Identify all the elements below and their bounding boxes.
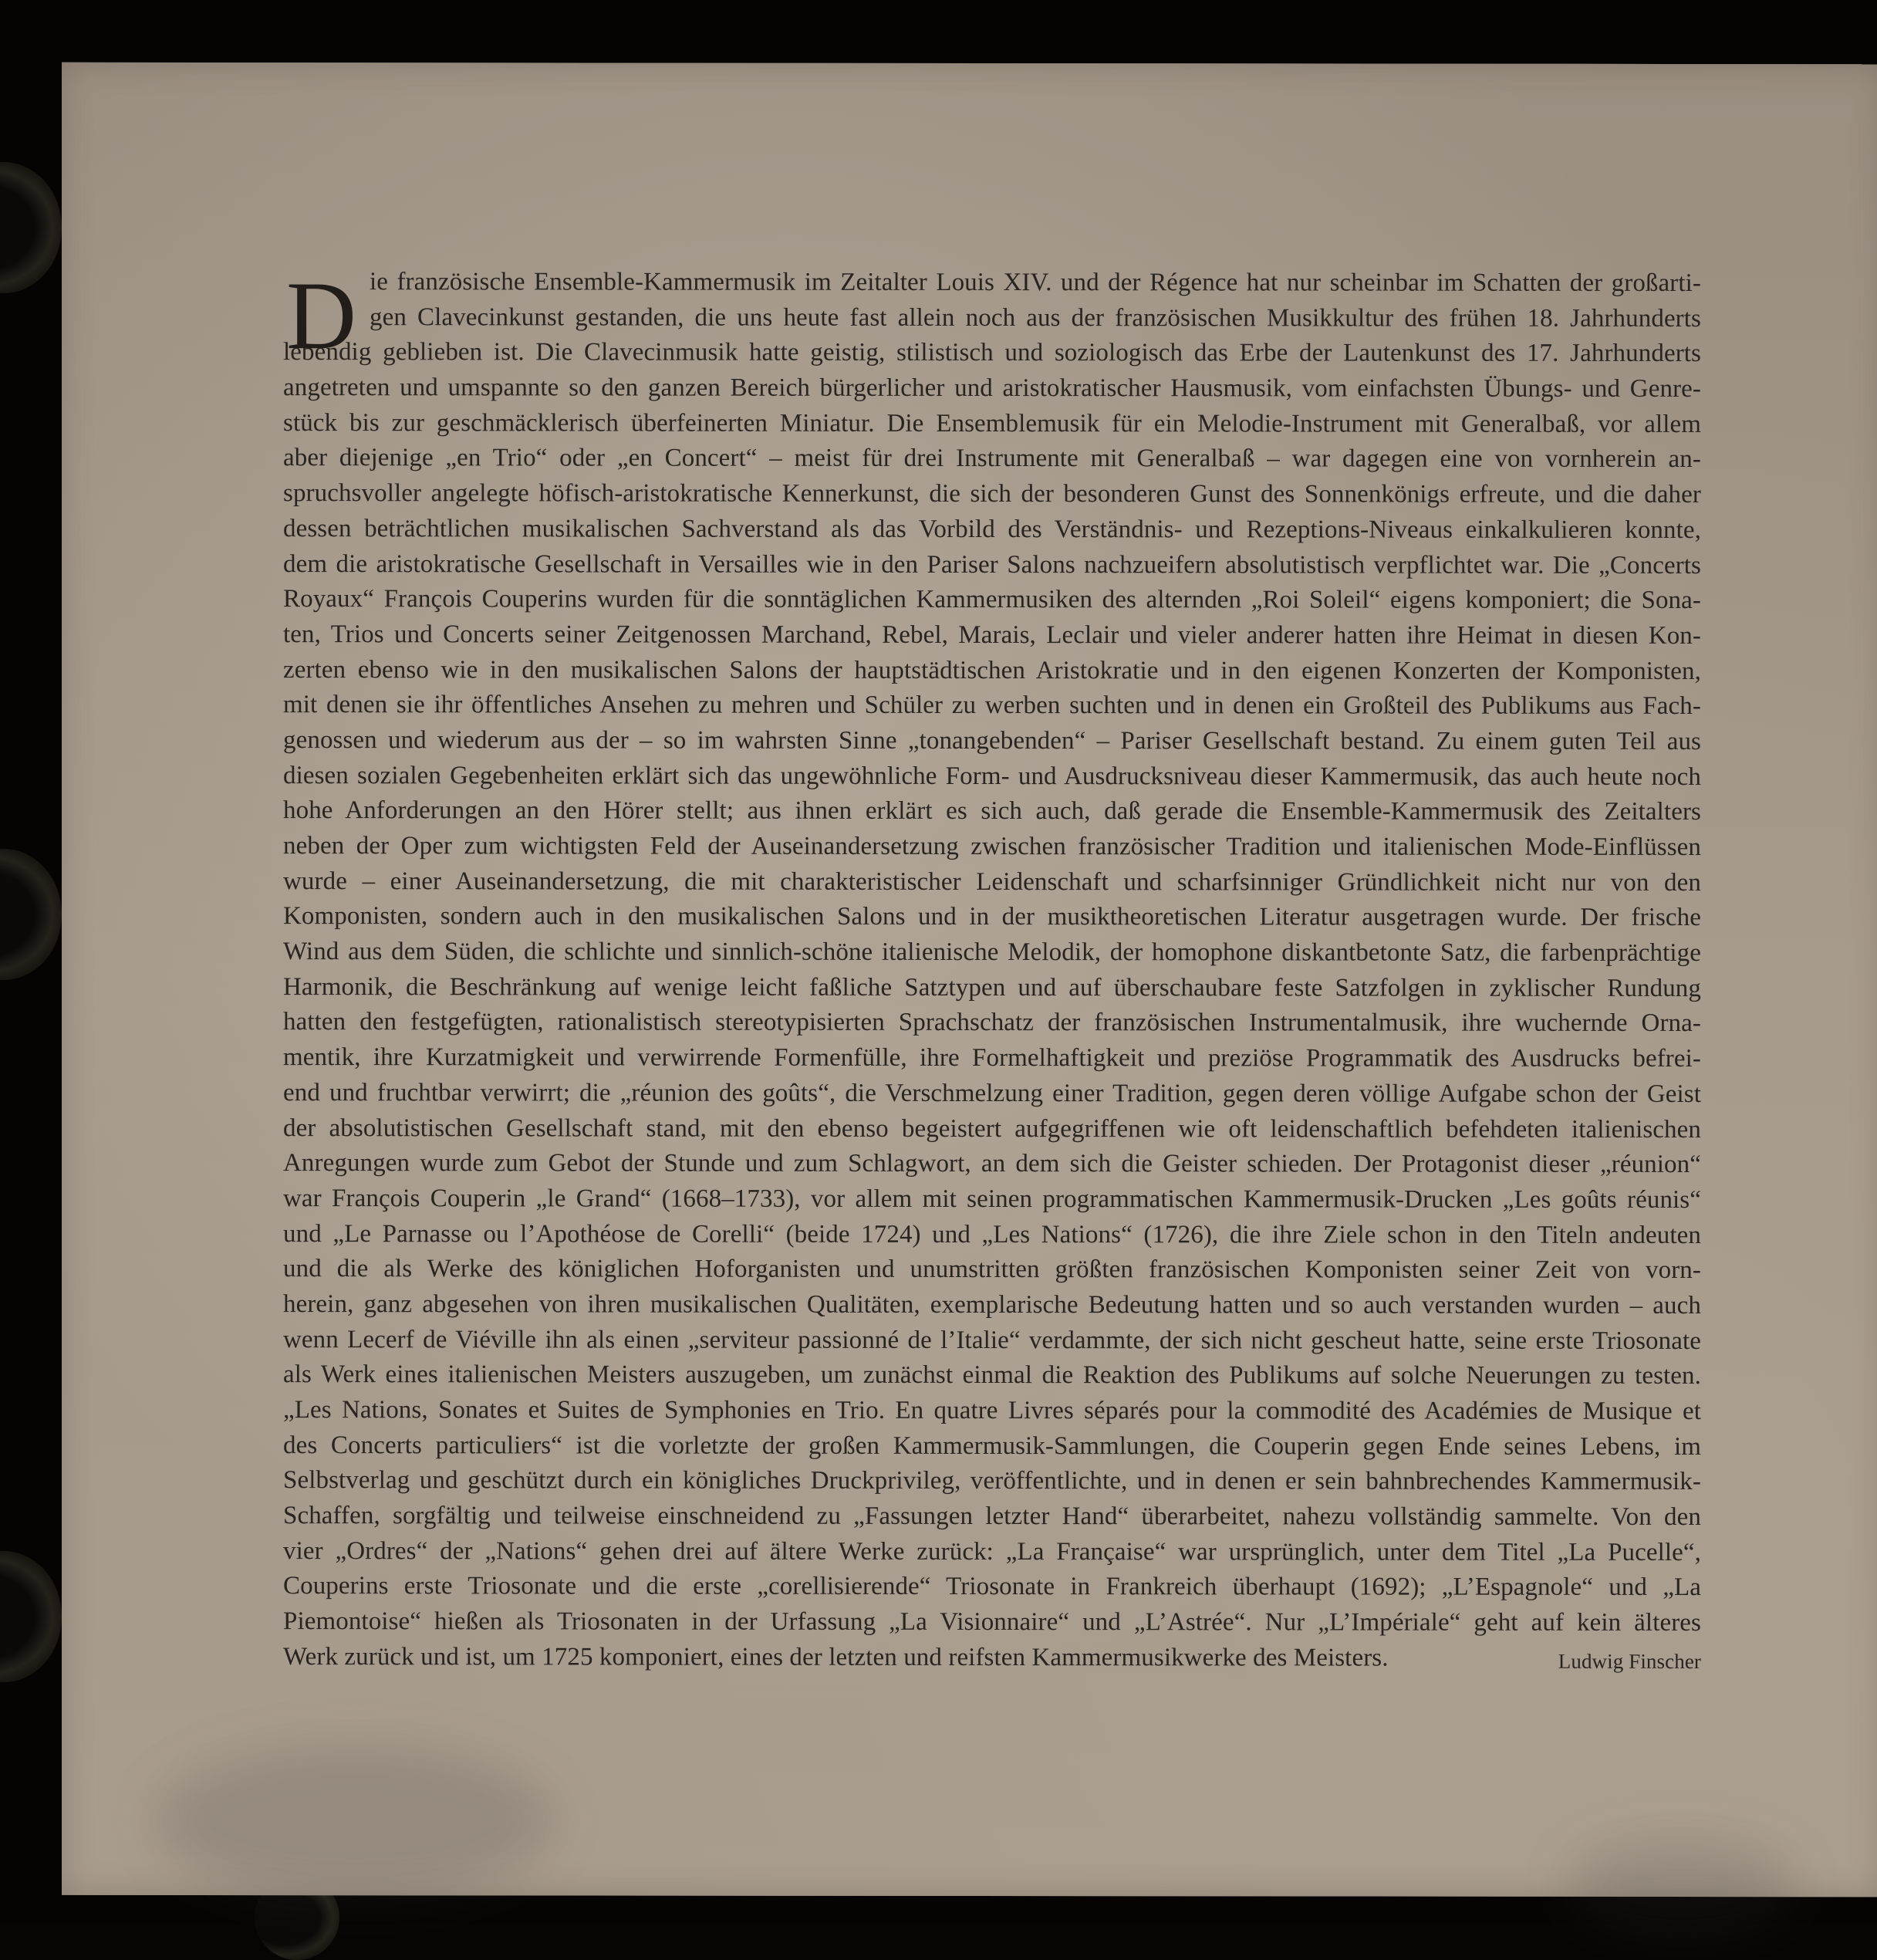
text-line: Anregungen wurde zum Gebot der Stunde un… (283, 1146, 1701, 1183)
text-line: mit denen sie ihr öffentliches Ansehen z… (283, 688, 1701, 725)
text-line: genossen und wiederum aus der – so im wa… (283, 723, 1701, 760)
text-line: des Concerts particuliers“ ist die vorle… (283, 1428, 1701, 1465)
text-line: hatten den festgefügten, rationalistisch… (283, 1005, 1701, 1043)
text-line: spruchsvoller angelegte höfisch-aristokr… (283, 476, 1701, 513)
liner-notes-text: D ie französische Ensemble-Kammermusik i… (283, 265, 1701, 1676)
text-line: dessen beträchtlichen musikalischen Sach… (283, 512, 1701, 549)
text-line: ten, Trios und Concerts seiner Zeitgenos… (283, 617, 1701, 654)
text-line: vier „Ordres“ der „Nations“ gehen drei a… (283, 1534, 1701, 1571)
page-shadow (1566, 1839, 1798, 1924)
text-line: aber diejenige „en Trio“ oder „en Concer… (283, 441, 1701, 478)
text-line: und „Le Parnasse ou l’Apothéose de Corel… (283, 1217, 1701, 1254)
text-line: mentik, ihre Kurzatmigkeit und verwirren… (283, 1040, 1701, 1077)
text-line: der absolutistischen Gesellschaft stand,… (283, 1111, 1701, 1148)
text-line: war François Couperin „le Grand“ (1668–1… (283, 1181, 1701, 1218)
page-shadow (154, 1745, 555, 1900)
text-line: gen Clavecinkunst gestanden, die uns heu… (283, 300, 1701, 337)
text-line: wurde – einer Auseinandersetzung, die mi… (283, 864, 1701, 901)
final-line: Werk zurück und ist, um 1725 komponiert,… (283, 1640, 1701, 1677)
text-line: Harmonik, die Beschränkung auf wenige le… (283, 970, 1701, 1007)
text-line: Couperins erste Triosonate und die erste… (283, 1570, 1701, 1607)
document-page: D ie französische Ensemble-Kammermusik i… (62, 63, 1877, 1897)
text-line: als Werk eines italienischen Meisters au… (283, 1357, 1701, 1394)
text-line: wenn Lecerf de Viéville ihn als einen „s… (283, 1323, 1701, 1360)
text-line: Werk zurück und ist, um 1725 komponiert,… (283, 1640, 1389, 1676)
text-line: „Les Nations, Sonates et Suites de Symph… (283, 1393, 1701, 1430)
text-line: ie französische Ensemble-Kammermusik im … (283, 265, 1701, 302)
text-line: Wind aus dem Süden, die schlichte und si… (283, 934, 1701, 972)
text-line: dem die aristokratische Gesellschaft in … (283, 547, 1701, 584)
text-line: end und fruchtbar verwirrt; die „réunion… (283, 1076, 1701, 1113)
text-line: zerten ebenso wie in den musikalischen S… (283, 653, 1701, 690)
text-line: Selbstverlag und geschützt durch ein kön… (283, 1463, 1701, 1500)
text-line: diesen sozialen Gegebenheiten erklärt si… (283, 759, 1701, 796)
text-line: und die als Werke des königlichen Hoforg… (283, 1252, 1701, 1289)
text-line: Royaux“ François Couperins wurden für di… (283, 582, 1701, 619)
text-line: Komponisten, sondern auch in den musikal… (283, 899, 1701, 936)
author-signature: Ludwig Finscher (1558, 1644, 1701, 1677)
text-line: hohe Anforderungen an den Hörer stellt; … (283, 793, 1701, 830)
text-line: neben der Oper zum wichtigsten Feld der … (283, 829, 1701, 866)
text-line: Schaffen, sorgfältig und teilweise einsc… (283, 1499, 1701, 1536)
text-line: Piemontoise“ hießen als Triosonaten in d… (283, 1604, 1701, 1641)
text-line: herein, ganz abgesehen von ihren musikal… (283, 1287, 1701, 1324)
text-line: angetreten und umspannte so den ganzen B… (283, 370, 1701, 407)
drop-cap: D (286, 268, 356, 365)
text-line: stück bis zur geschmäcklerisch überfeine… (283, 406, 1701, 443)
text-line: lebendig geblieben ist. Die Clavecinmusi… (283, 335, 1701, 372)
